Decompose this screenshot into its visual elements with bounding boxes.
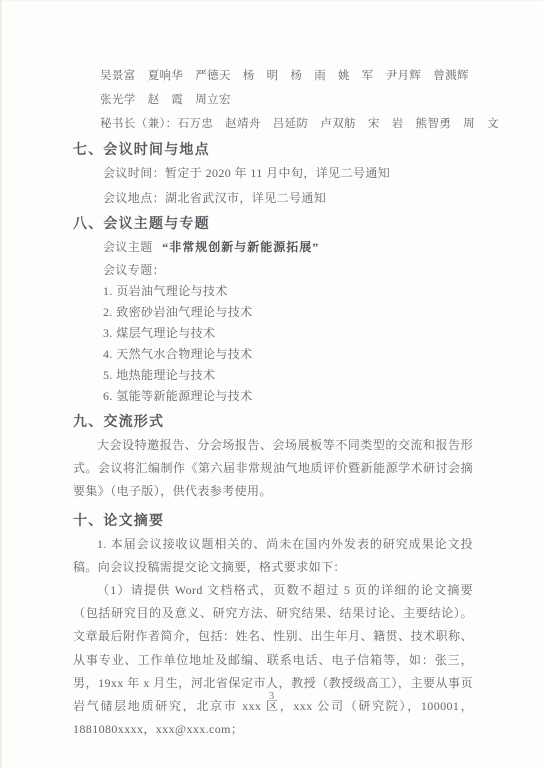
committee-members-line-1: 吴景富 夏响华 严德天 杨 明 杨 雨 姚 军 尹月辉 曾溅辉 (73, 64, 473, 88)
topic-item-2: 2. 致密砂岩油气理论与技术 (73, 302, 473, 323)
meeting-place-line: 会议地点：湖北省武汉市，详见二号通知 (73, 186, 473, 210)
topics-list: 1. 页岩油气理论与技术 2. 致密砂岩油气理论与技术 3. 煤层气理论与技术 … (73, 281, 473, 407)
topics-label-line: 会议专题： (73, 259, 473, 281)
section-heading-10-paper-abstract: 十、论文摘要 (73, 509, 473, 531)
theme-label: 会议主题 (103, 240, 153, 254)
topic-item-1: 1. 页岩油气理论与技术 (73, 281, 473, 302)
secretary-general-line: 秘书长（兼）：石万忠 赵靖舟 吕延防 卢双舫 宋 岩 熊智勇 周 文 (73, 112, 473, 136)
committee-members-line-2: 张光学 赵 霞 周立宏 (73, 88, 473, 112)
section-heading-9-exchange-format: 九、交流形式 (73, 410, 473, 432)
abstract-format-paragraph: （1）请提供 Word 文档格式，页数不超过 5 页的详细的论文摘要（包括研究目… (73, 579, 473, 741)
page-number: 3 (0, 691, 543, 702)
document-page: 吴景富 夏响华 严德天 杨 明 杨 雨 姚 军 尹月辉 曾溅辉 张光学 赵 霞 … (0, 0, 543, 768)
exchange-format-paragraph: 大会设特邀报告、分会场报告、会场展板等不同类型的交流和报告形式。会议将汇编制作《… (73, 434, 473, 504)
section-heading-8-theme-topics: 八、会议主题与专题 (73, 212, 473, 234)
theme-quoted-text: “非常规创新与新能源拓展” (162, 240, 319, 254)
topic-item-6: 6. 氢能等新能源理论与技术 (73, 386, 473, 407)
topic-item-5: 5. 地热能理论与技术 (73, 365, 473, 386)
document-content: 吴景富 夏响华 严德天 杨 明 杨 雨 姚 军 尹月辉 曾溅辉 张光学 赵 霞 … (73, 64, 473, 741)
conference-theme-line: 会议主题“非常规创新与新能源拓展” (73, 236, 473, 259)
section-heading-7-time-place: 七、会议时间与地点 (73, 138, 473, 160)
meeting-time-line: 会议时间：暂定于 2020 年 11 月中旬，详见二号通知 (73, 161, 473, 185)
topic-item-4: 4. 天然气水合物理论与技术 (73, 344, 473, 365)
abstract-submission-paragraph: 1. 本届会议接收议题相关的、尚未在国内外发表的研究成果论文投稿。向会议投稿需提… (73, 533, 473, 579)
topic-item-3: 3. 煤层气理论与技术 (73, 323, 473, 344)
committee-names-block: 吴景富 夏响华 严德天 杨 明 杨 雨 姚 军 尹月辉 曾溅辉 张光学 赵 霞 … (73, 64, 473, 136)
